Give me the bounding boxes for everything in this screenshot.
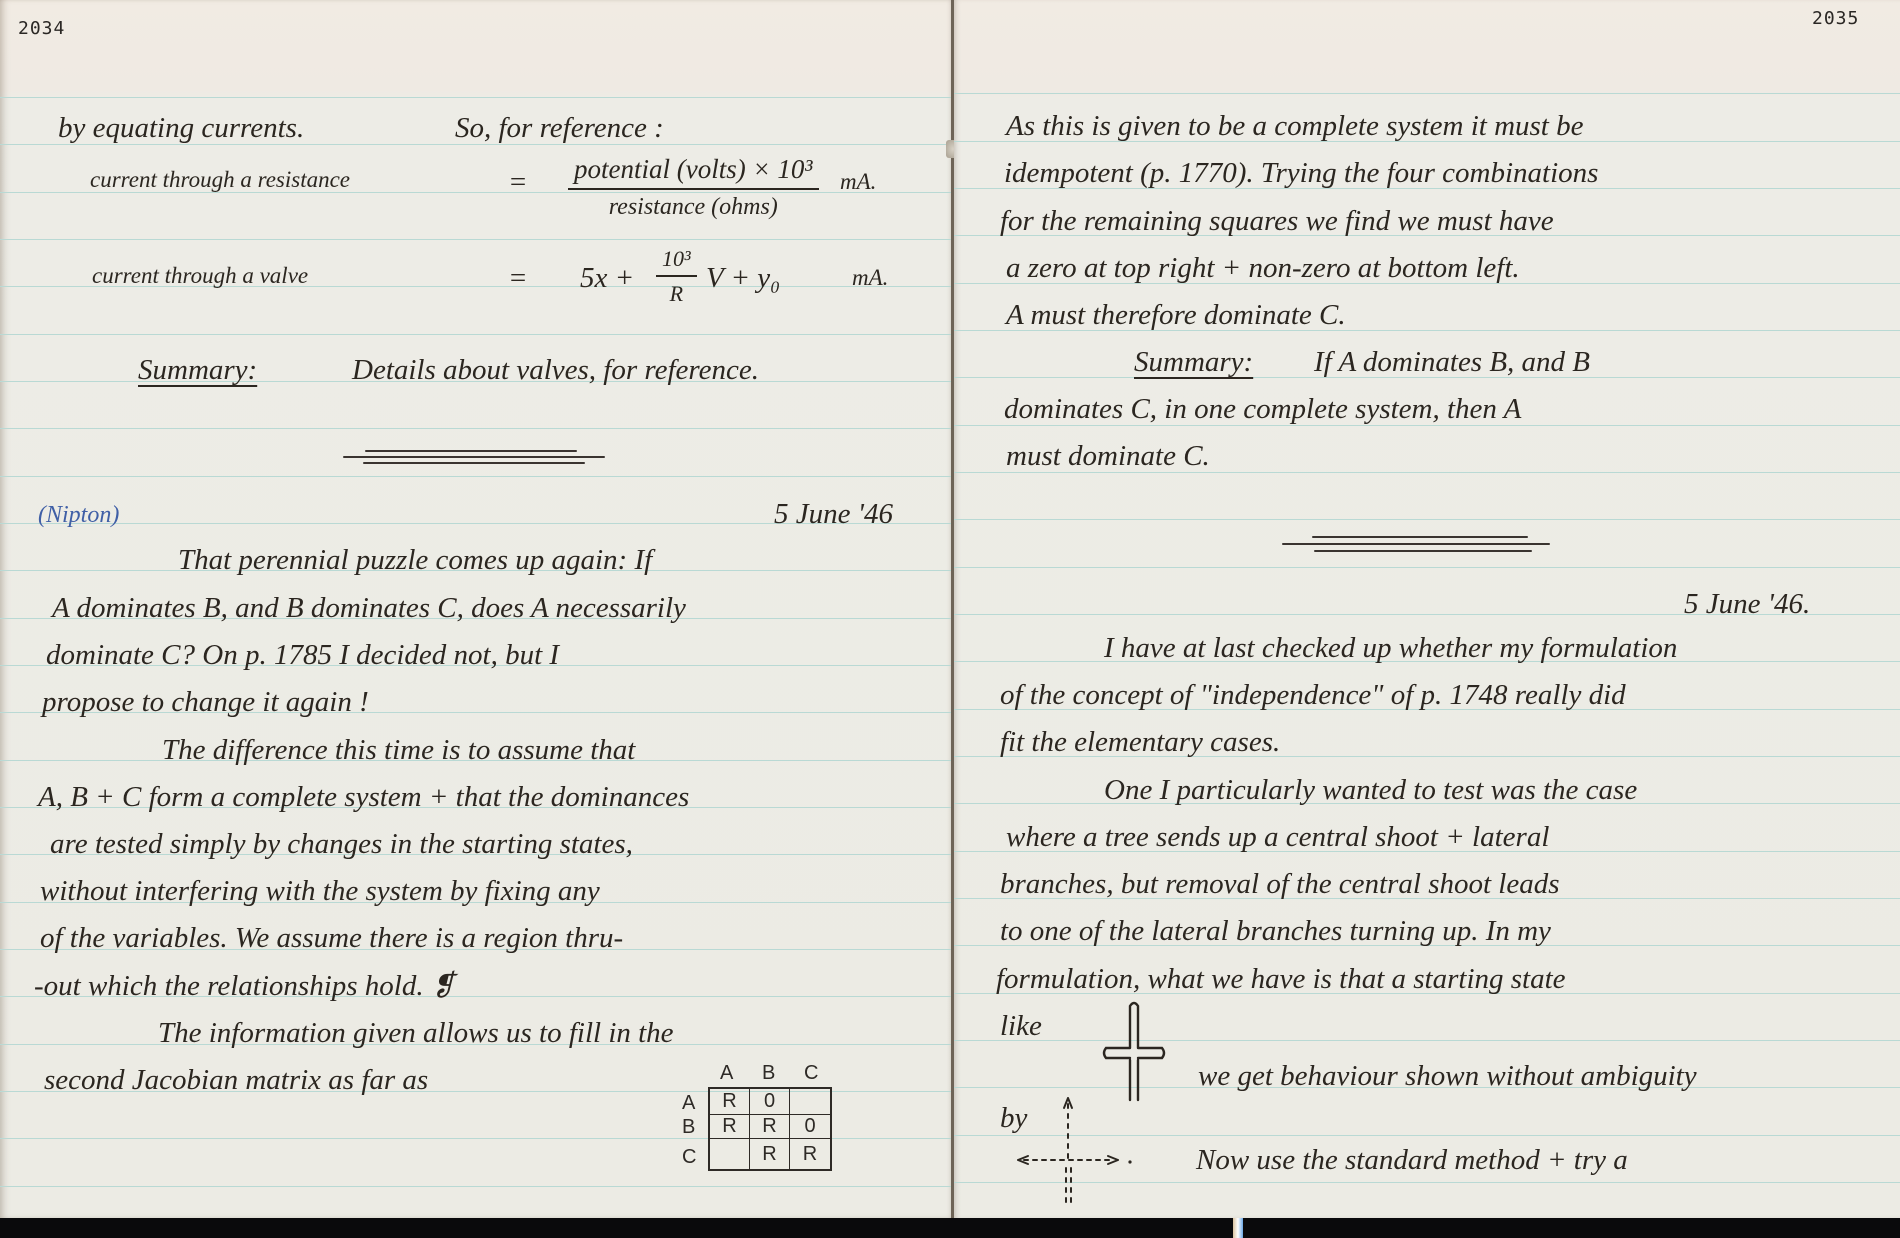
equals-sign: = (508, 168, 528, 197)
ruled-line (0, 476, 952, 477)
paragraph-line: a zero at top right + non-zero at bottom… (1006, 254, 1520, 283)
resistance-fraction: potential (volts) × 10³ resistance (ohms… (568, 154, 819, 221)
paragraph-line: propose to change it again ! (42, 688, 369, 717)
section-divider (343, 448, 605, 464)
summary-text: dominates C, in one complete system, the… (1004, 395, 1521, 424)
paragraph-line: The difference this time is to assume th… (162, 736, 635, 765)
jacobian-matrix: R 0 R R 0 R R (708, 1087, 832, 1171)
ruled-line (954, 1040, 1900, 1041)
paragraph-line: That perennial puzzle comes up again: If (178, 546, 652, 575)
ruled-line (0, 334, 952, 335)
matrix-col-header: B (762, 1062, 775, 1085)
summary-heading: Summary: (138, 356, 257, 385)
paragraph-line: -out which the relationships hold. ❡ (34, 972, 455, 1001)
text-line: So, for reference : (455, 114, 664, 143)
paragraph-line: One I particularly wanted to test was th… (1104, 776, 1637, 805)
paragraph-line: A, B + C form a complete system + that t… (38, 783, 689, 812)
paragraph-line: The information given allows us to fill … (158, 1019, 674, 1048)
text-line: by equating currents. (58, 114, 304, 143)
scan-border (0, 1218, 1900, 1238)
fraction-denominator: resistance (ohms) (609, 190, 778, 221)
matrix-row-header: B (682, 1116, 695, 1139)
paragraph-line: branches, but removal of the central sho… (1000, 870, 1560, 899)
matrix-cell: R (750, 1115, 790, 1139)
paragraph-line: idempotent (p. 1770). Trying the four co… (1004, 159, 1598, 188)
page-number: 2034 (18, 18, 65, 39)
ruled-line (0, 239, 952, 240)
paragraph-line: dominate C? On p. 1785 I decided not, bu… (46, 641, 559, 670)
ruled-line (954, 519, 1900, 520)
scan-artifact (1233, 1218, 1243, 1238)
summary-text: must dominate C. (1006, 442, 1210, 471)
paragraph-line: where a tree sends up a central shoot + … (1006, 823, 1549, 852)
paragraph-line: I have at last checked up whether my for… (1104, 634, 1677, 663)
summary-text: Details about valves, for reference. (352, 356, 759, 385)
fraction-numerator: potential (volts) × 10³ (568, 154, 819, 190)
right-page: 2035 As this is given to be a complete s… (954, 0, 1900, 1218)
paragraph-line: formulation, what we have is that a star… (996, 965, 1566, 994)
equation-label: current through a valve (92, 264, 308, 287)
matrix-cell (710, 1139, 750, 1169)
ruled-line (954, 567, 1900, 568)
unit-label: mA. (852, 266, 888, 289)
paragraph-line: of the concept of "independence" of p. 1… (1000, 681, 1626, 710)
paragraph-line: second Jacobian matrix as far as (44, 1066, 428, 1095)
ruled-line (0, 1186, 952, 1187)
paragraph-line: for the remaining squares we find we mus… (1000, 207, 1554, 236)
matrix-cell (790, 1089, 830, 1115)
summary-heading: Summary: (1134, 348, 1253, 377)
ruled-line (0, 144, 952, 145)
equals-sign: = (508, 264, 528, 293)
paragraph-line: Now use the standard method + try a (1196, 1146, 1628, 1175)
notebook-spread: 2034 by equating currents. So, for refer… (0, 0, 1900, 1220)
paragraph-line: we get behaviour shown without ambiguity (1198, 1062, 1697, 1091)
matrix-row-header: A (682, 1092, 695, 1115)
valve-fraction: 10³ R (656, 246, 697, 307)
paragraph-line: fit the elementary cases. (1000, 728, 1280, 757)
matrix-cell: R (710, 1089, 750, 1115)
equation-term: 5x + (580, 264, 634, 293)
summary-text: If A dominates B, and B (1314, 348, 1590, 377)
equation-term: V + y₀ (706, 264, 780, 293)
ruled-line (0, 428, 952, 429)
matrix-cell: 0 (750, 1089, 790, 1115)
fraction-denominator: R (670, 277, 683, 307)
dashed-arrows-sketch-icon (1014, 1096, 1134, 1214)
entry-date: 5 June '46 (774, 500, 893, 529)
matrix-cell: 0 (790, 1115, 830, 1139)
paragraph-line: are tested simply by changes in the star… (50, 830, 633, 859)
fraction-numerator: 10³ (656, 246, 697, 277)
ruled-line (954, 93, 1900, 94)
paragraph-line: A must therefore dominate C. (1006, 301, 1346, 330)
matrix-cell: R (790, 1139, 830, 1169)
tree-sketch-icon (1100, 1000, 1170, 1102)
paragraph-line: without interfering with the system by f… (40, 877, 600, 906)
matrix-cell: R (750, 1139, 790, 1169)
section-divider (1282, 534, 1550, 552)
left-page: 2034 by equating currents. So, for refer… (0, 0, 952, 1218)
paragraph-line: A dominates B, and B dominates C, does A… (52, 594, 686, 623)
paragraph-line: like (1000, 1012, 1042, 1041)
paragraph-line: As this is given to be a complete system… (1006, 112, 1583, 141)
ruled-line (954, 472, 1900, 473)
entry-date: 5 June '46. (1684, 590, 1810, 619)
ruled-line (954, 425, 1900, 426)
matrix-cell: R (710, 1115, 750, 1139)
ruled-line (0, 97, 952, 98)
matrix-col-header: A (720, 1062, 733, 1085)
paragraph-line: of the variables. We assume there is a r… (40, 924, 623, 953)
page-number: 2035 (1812, 8, 1859, 29)
paragraph-line: to one of the lateral branches turning u… (1000, 917, 1551, 946)
equation-label: current through a resistance (90, 168, 350, 191)
margin-note: (Nipton) (38, 503, 119, 527)
matrix-row-header: C (682, 1146, 696, 1169)
unit-label: mA. (840, 170, 876, 193)
matrix-col-header: C (804, 1062, 818, 1085)
